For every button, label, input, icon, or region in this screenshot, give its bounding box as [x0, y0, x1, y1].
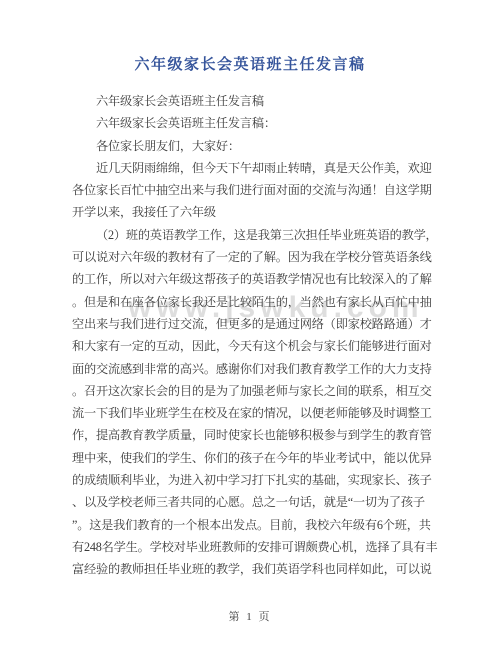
body-line: 有248名学生。学校对毕业班教师的安排可谓颇费心机，选择了具有丰: [72, 536, 436, 558]
body-line: 各位家长朋友们，大家好：: [72, 135, 436, 157]
body-line: 作，提高教育教学质量，同时使家长也能够积极参与到学生的教育管: [72, 424, 436, 446]
body-line: 空出来与我们进行过交流，但更多的是通过网络（即家校路路通）才: [72, 313, 436, 335]
body-line: 、以及学校老师三者共同的心愿。总之一句话，就是“一切为了孩子: [72, 491, 436, 513]
body-line: 。但是和在座各位家长我还是比较陌生的，当然也有家长从百忙中抽: [72, 291, 436, 313]
body-line: 。召开这次家长会的目的是为了加强老师与家长之间的联系，相互交: [72, 380, 436, 402]
body-line: 可以说对六年级的教材有了一定的了解。因为我在学校分管英语条线: [72, 246, 436, 268]
document-body: 六年级家长会英语班主任发言稿六年级家长会英语班主任发言稿：各位家长朋友们，大家好…: [72, 90, 436, 581]
body-line: 开学以来，我接任了六年级: [72, 201, 436, 223]
body-line: 的工作，所以对六年级这帮孩子的英语教学情况也有比较深入的了解: [72, 268, 436, 290]
body-line: 和大家有一定的互动，因此，今天有这个机会与家长们能够进行面对: [72, 335, 436, 357]
document-page: www.jswku.com 六年级家长会英语班主任发言稿 六年级家长会英语班主任…: [0, 0, 500, 648]
body-line: 富经验的教师担任毕业班的教学，我们英语学科也同样如此，可以说: [72, 558, 436, 580]
page-title: 六年级家长会英语班主任发言稿: [0, 53, 500, 74]
body-line: 的成绩顺利毕业，为进入初中学习打下扎实的基础，实现家长、孩子: [72, 469, 436, 491]
body-line: ”。这是我们教育的一个根本出发点。目前，我校六年级有6个班，共: [72, 514, 436, 536]
body-line: （2）班的英语教学工作，这是我第三次担任毕业班英语的教学，: [72, 224, 436, 246]
body-line: 流一下我们毕业班学生在校及在家的情况，以便老师能够及时调整工: [72, 402, 436, 424]
body-line: 面的交流感到非常的高兴。感谢你们对我们教育教学工作的大力支持: [72, 358, 436, 380]
body-line: 各位家长百忙中抽空出来与我们进行面对面的交流与沟通！自这学期: [72, 179, 436, 201]
body-line: 理中来，使我们的学生、你们的孩子在今年的毕业考试中，能以优异: [72, 447, 436, 469]
body-line: 六年级家长会英语班主任发言稿: [72, 90, 436, 112]
body-line: 六年级家长会英语班主任发言稿：: [72, 112, 436, 134]
page-number-footer: 第 1 页: [0, 608, 500, 624]
body-line: 近几天阴雨绵绵，但今天下午却雨止转晴，真是天公作美，欢迎: [72, 157, 436, 179]
